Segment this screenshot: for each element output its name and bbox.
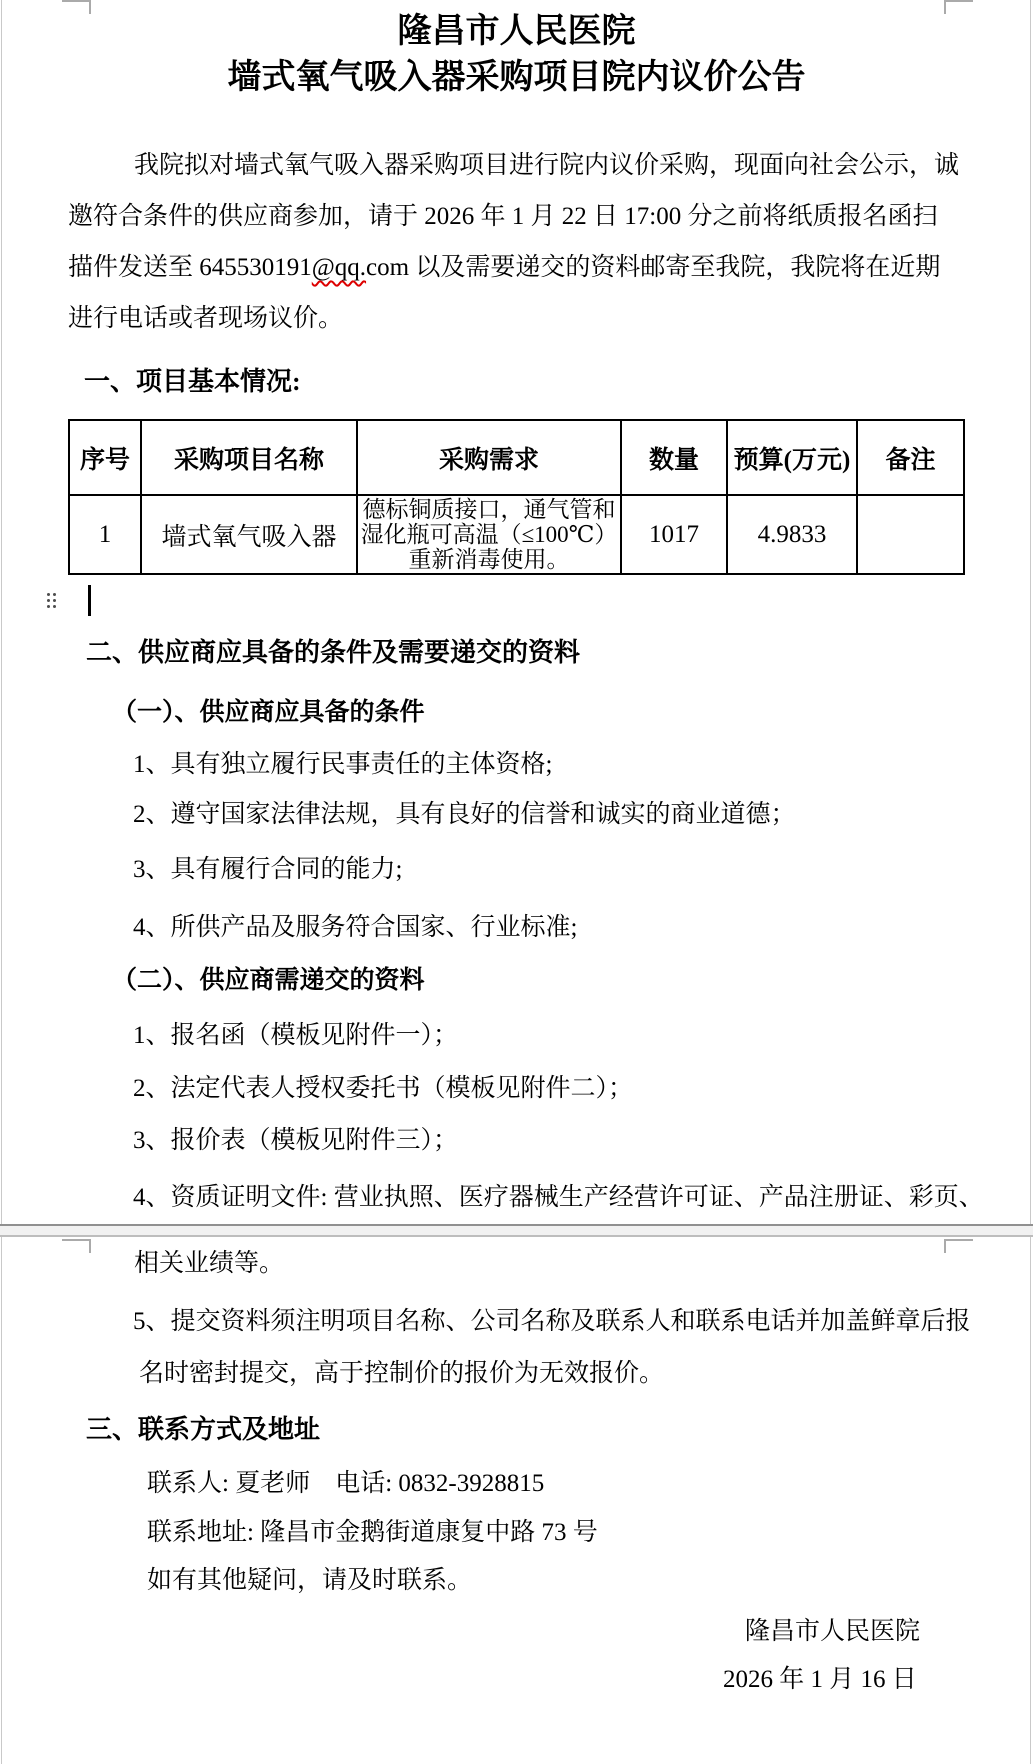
header-budget: 预算(万元) xyxy=(727,420,857,495)
condition-item-4: 4、所供产品及服务符合国家、行业标准; xyxy=(133,903,577,953)
signature-org: 隆昌市人民医院 xyxy=(745,1607,920,1657)
document-title-line2: 墙式氧气吸入器采购项目院内议价公告 xyxy=(0,53,1033,103)
requirement-line-1: 德标铜质接口，通气管和 xyxy=(358,497,620,522)
page-left-edge xyxy=(1,0,2,1764)
email-tld: com xyxy=(366,254,409,281)
material-item-5-wrap: 名时密封提交，高于控制价的报价为无效报价。 xyxy=(139,1349,664,1399)
section2-sub2-heading: （二）、供应商需递交的资料 xyxy=(112,956,425,1006)
email-user: 645530191 xyxy=(199,254,312,281)
signature-date: 2026 年 1 月 16 日 xyxy=(723,1655,917,1705)
margin-crop-mark xyxy=(944,1239,973,1253)
requirement-line-3: 重新消毒使用。 xyxy=(358,547,620,572)
cell-requirement: 德标铜质接口，通气管和 湿化瓶可高温（≤100℃） 重新消毒使用。 xyxy=(357,495,621,574)
intro-line-2: 邀符合条件的供应商参加，请于 2026 年 1 月 22 日 17:00 分之前… xyxy=(68,191,968,242)
table-drag-handle-icon[interactable] xyxy=(47,593,56,608)
margin-crop-mark xyxy=(62,1239,91,1253)
intro-line-3: 描件发送至 645530191@qq.com 以及需要递交的资料邮寄至我院，我院… xyxy=(68,242,968,293)
section3-heading: 三、联系方式及地址 xyxy=(86,1405,320,1455)
text-cursor xyxy=(88,585,91,616)
section2-heading: 二、供应商应具备的条件及需要递交的资料 xyxy=(86,628,580,678)
header-project-name: 采购项目名称 xyxy=(141,420,357,495)
page-break-gap xyxy=(0,1224,1033,1237)
cell-quantity: 1017 xyxy=(621,495,727,574)
section2-sub1-heading: （一）、供应商应具备的条件 xyxy=(112,688,425,738)
table-header-row: 序号 采购项目名称 采购需求 数量 预算(万元) 备注 xyxy=(69,420,964,495)
header-quantity: 数量 xyxy=(621,420,727,495)
margin-crop-mark xyxy=(62,0,91,14)
material-item-3: 3、报价表（模板见附件三）； xyxy=(133,1116,458,1166)
page-right-edge xyxy=(1030,0,1031,1764)
table-row: 1 墙式氧气吸入器 德标铜质接口，通气管和 湿化瓶可高温（≤100℃） 重新消毒… xyxy=(69,495,964,574)
contact-person-line: 联系人: 夏老师 电话: 0832-3928815 xyxy=(147,1459,544,1509)
cell-note xyxy=(857,495,964,574)
margin-crop-mark xyxy=(944,0,973,14)
cell-budget: 4.9833 xyxy=(727,495,857,574)
condition-item-3: 3、具有履行合同的能力; xyxy=(133,845,402,895)
header-seq: 序号 xyxy=(69,420,141,495)
header-note: 备注 xyxy=(857,420,964,495)
intro-line-1: 我院拟对墙式氧气吸入器采购项目进行院内议价采购，现面向社会公示，诚 xyxy=(68,140,968,191)
material-item-5: 5、提交资料须注明项目名称、公司名称及联系人和联系电话并加盖鲜章后报 xyxy=(133,1297,971,1347)
cell-project-name: 墙式氧气吸入器 xyxy=(141,495,357,574)
document-title-line1: 隆昌市人民医院 xyxy=(0,7,1033,57)
email-spellcheck-flag: @qq. xyxy=(312,254,366,281)
contact-note-line: 如有其他疑问，请及时联系。 xyxy=(147,1556,472,1606)
section1-heading: 一、项目基本情况: xyxy=(84,357,301,407)
material-item-4: 4、资质证明文件: 营业执照、医疗器械生产经营许可证、产品注册证、彩页、 xyxy=(133,1173,984,1223)
condition-item-1: 1、具有独立履行民事责任的主体资格; xyxy=(133,740,552,790)
material-item-4-wrap: 相关业绩等。 xyxy=(134,1239,284,1289)
header-requirement: 采购需求 xyxy=(357,420,621,495)
condition-item-2: 2、遵守国家法律法规，具有良好的信誉和诚实的商业道德； xyxy=(133,790,796,840)
requirement-line-2: 湿化瓶可高温（≤100℃） xyxy=(358,522,620,547)
intro-line-4: 进行电话或者现场议价。 xyxy=(68,293,968,344)
intro-paragraph: 我院拟对墙式氧气吸入器采购项目进行院内议价采购，现面向社会公示，诚 邀符合条件的… xyxy=(68,140,968,344)
document-page: { "document": { "title_line1": "隆昌市人民医院"… xyxy=(0,0,1033,1764)
intro-line-3-tail: 以及需要递交的资料邮寄至我院，我院将在近期 xyxy=(409,254,940,281)
intro-line-3-text: 描件发送至 xyxy=(68,254,199,281)
project-info-table: 序号 采购项目名称 采购需求 数量 预算(万元) 备注 1 墙式氧气吸入器 德标… xyxy=(68,419,965,575)
material-item-2: 2、法定代表人授权委托书（模板见附件二）； xyxy=(133,1064,633,1114)
cell-seq: 1 xyxy=(69,495,141,574)
contact-address-line: 联系地址: 隆昌市金鹅街道康复中路 73 号 xyxy=(147,1508,598,1558)
material-item-1: 1、报名函（模板见附件一）； xyxy=(133,1011,458,1061)
